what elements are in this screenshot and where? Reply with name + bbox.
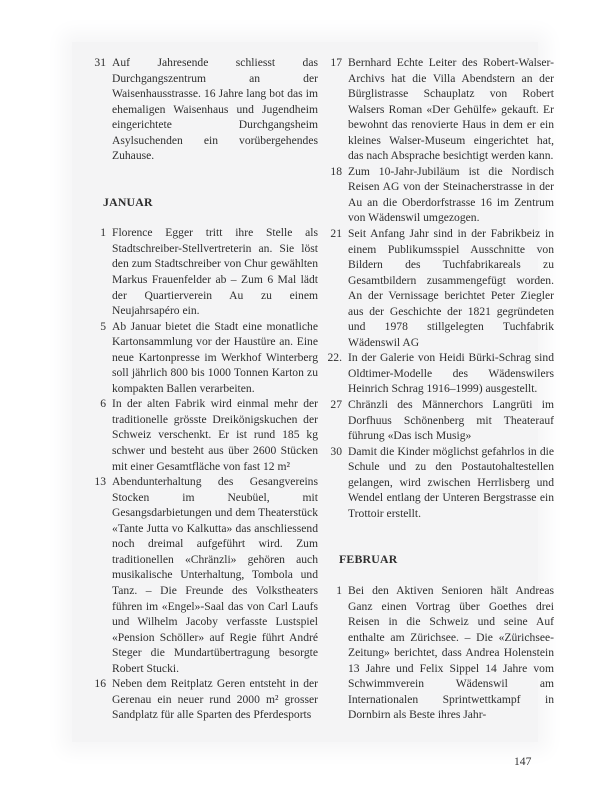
chronicle-entry: 22. In der Galerie von Heidi Bürki-Schra…: [327, 350, 554, 397]
left-column: 31 Auf Jahresende schliesst das Durchgan…: [91, 55, 318, 723]
chronicle-entry: 16 Neben dem Reitplatz Geren entsteht in…: [91, 676, 318, 723]
page-number: 147: [514, 755, 531, 768]
chronicle-entry: 27 Chränzli des Männerchors Langrüti im …: [327, 397, 554, 444]
chronicle-entry: 30 Damit die Kinder möglichst gefahrlos …: [327, 444, 554, 522]
month-heading-februar: FEBRUAR: [327, 552, 554, 568]
entry-text: Bernhard Echte Leiter des Robert-Walser-…: [348, 55, 554, 164]
chronicle-entry: 5 Ab Januar bietet die Stadt eine monatl…: [91, 319, 318, 397]
chronicle-entry: 6 In der alten Fabrik wird einmal mehr d…: [91, 396, 318, 474]
entry-text: Chränzli des Männerchors Langrüti im Dor…: [348, 397, 554, 444]
entry-day: 31: [85, 55, 112, 164]
entry-text: Ab Januar bietet die Stadt eine monatlic…: [112, 319, 318, 397]
entry-text: Seit Anfang Jahr sind in der Fabrikbeiz …: [348, 226, 554, 350]
chronicle-entry: 21 Seit Anfang Jahr sind in der Fabrikbe…: [327, 226, 554, 350]
entry-text: Auf Jahresende schliesst das Durchgangsz…: [112, 55, 318, 164]
entry-day: 27: [321, 397, 348, 444]
entry-text: In der Galerie von Heidi Bürki-Schrag si…: [348, 350, 554, 397]
chronicle-entry: 13 Abendunterhaltung des Gesangvereins S…: [91, 474, 318, 676]
entry-text: Bei den Aktiven Senioren hält Andreas Ga…: [348, 583, 554, 723]
entry-day: 1: [85, 225, 112, 318]
entry-day: 22.: [321, 350, 348, 397]
chronicle-entry: 1 Bei den Aktiven Senioren hält Andreas …: [327, 583, 554, 723]
entry-text: In der alten Fabrik wird einmal mehr der…: [112, 396, 318, 474]
entry-day: 21: [321, 226, 348, 350]
entry-day: 5: [85, 319, 112, 397]
entry-day: 30: [321, 444, 348, 522]
entry-day: 1: [321, 583, 348, 723]
entry-day: 18: [321, 164, 348, 226]
chronicle-entry: 1 Florence Egger tritt ihre Stelle als S…: [91, 225, 318, 318]
chronicle-entry: 31 Auf Jahresende schliesst das Durchgan…: [91, 55, 318, 164]
entry-text: Abendunterhaltung des Gesangvereins Stoc…: [112, 474, 318, 676]
entry-text: Florence Egger tritt ihre Stelle als Sta…: [112, 225, 318, 318]
chronicle-entry: 17 Bernhard Echte Leiter des Robert-Wals…: [327, 55, 554, 164]
entry-text: Zum 10-Jahr-Jubiläum ist die Nordisch Re…: [348, 164, 554, 226]
entry-day: 16: [85, 676, 112, 723]
chronicle-entry: 18 Zum 10-Jahr-Jubiläum ist die Nordisch…: [327, 164, 554, 226]
right-column: 17 Bernhard Echte Leiter des Robert-Wals…: [327, 55, 554, 723]
entry-text: Damit die Kinder möglichst gefahrlos in …: [348, 444, 554, 522]
entry-day: 6: [85, 396, 112, 474]
entry-day: 13: [85, 474, 112, 676]
entry-text: Neben dem Reitplatz Geren entsteht in de…: [112, 676, 318, 723]
month-heading-januar: JANUAR: [91, 195, 318, 211]
entry-day: 17: [321, 55, 348, 164]
